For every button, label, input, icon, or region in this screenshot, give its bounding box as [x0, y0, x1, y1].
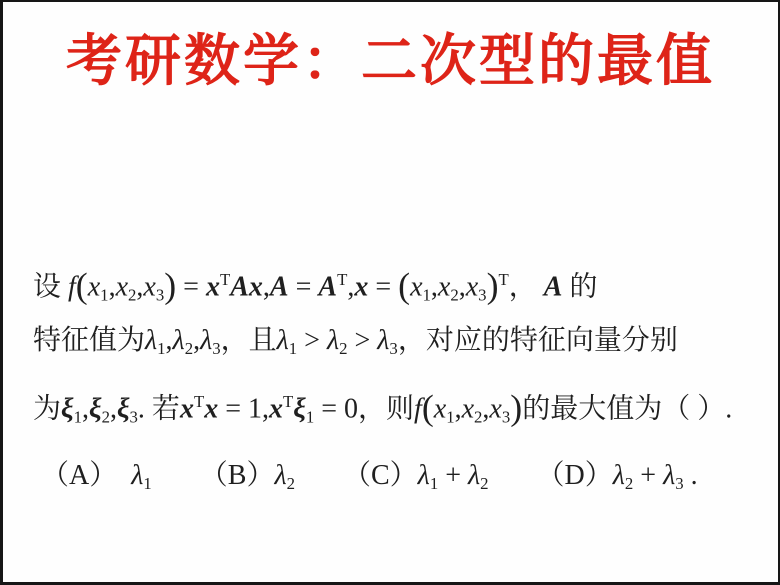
option-b: （B）λ2: [200, 448, 295, 512]
text-run: x: [143, 271, 155, 302]
text-run: λ: [418, 460, 430, 491]
text-run: 3: [212, 339, 220, 358]
text-run: T: [283, 392, 293, 411]
text-run: 设: [33, 271, 68, 302]
text-run: x: [269, 393, 283, 424]
text-run: 若: [152, 393, 180, 424]
text-run: ,: [459, 271, 466, 302]
text-run: x: [489, 393, 501, 424]
text-run: ，: [509, 271, 544, 302]
text-run: T: [194, 392, 204, 411]
text-run: = 0: [314, 393, 358, 424]
text-run: 1: [423, 285, 431, 304]
problem-line-3: 为ξ1,ξ2,ξ3. 若xTx = 1,xTξ1 = 0，则f(x1,x2,x3…: [33, 371, 758, 432]
text-run: x: [88, 271, 100, 302]
text-run: ): [487, 266, 499, 306]
text-run: T: [337, 270, 347, 289]
option-a: （A） λ1: [41, 448, 152, 512]
text-run: 1: [74, 407, 82, 426]
text-run: 2: [480, 474, 488, 493]
text-run: 2: [287, 474, 295, 493]
text-run: （C）: [343, 460, 418, 491]
text-run: (: [76, 266, 88, 306]
text-run: x: [410, 271, 422, 302]
text-run: .: [138, 393, 152, 424]
text-run: ): [164, 266, 176, 306]
text-run: (: [398, 266, 410, 306]
text-run: λ: [145, 325, 157, 356]
option-d: （D）λ2 + λ3 .: [537, 448, 698, 512]
text-run: A: [318, 271, 337, 302]
text-run: >: [297, 325, 327, 356]
text-run: 1: [306, 407, 314, 426]
problem-line-1: 设 f(x1,x2,x3) = xTAx,A = AT,x = (x1,x2,x…: [33, 249, 758, 310]
text-run: .: [684, 460, 698, 491]
option-c: （C）λ1 + λ2: [343, 448, 489, 512]
text-run: λ: [173, 325, 185, 356]
text-run: =: [289, 271, 319, 302]
text-run: （B）: [200, 460, 275, 491]
text-run: λ: [468, 460, 480, 491]
text-run: ,: [263, 271, 270, 302]
text-run: 3: [478, 285, 486, 304]
text-run: =: [176, 271, 206, 302]
text-run: T: [220, 270, 230, 289]
text-run: f: [414, 393, 422, 424]
text-run: 3: [502, 407, 510, 426]
text-run: ,: [431, 271, 438, 302]
text-run: 1: [289, 339, 297, 358]
text-run: A: [544, 271, 563, 302]
text-run: 2: [102, 407, 110, 426]
text-run: ξ: [61, 393, 74, 424]
text-run: ξ: [117, 393, 130, 424]
text-run: λ: [131, 460, 143, 491]
text-run: 3: [675, 474, 683, 493]
text-run: x: [466, 271, 478, 302]
text-run: 1: [430, 474, 438, 493]
text-run: 1: [157, 339, 165, 358]
text-run: ξ: [293, 393, 306, 424]
problem-line-2: 特征值为λ1,λ2,λ3，且λ1 > λ2 > λ3，对应的特征向量分别: [33, 310, 758, 371]
text-run: ,: [109, 271, 116, 302]
text-run: λ: [274, 460, 286, 491]
text-run: >: [347, 325, 377, 356]
text-run: 3: [389, 339, 397, 358]
text-run: +: [438, 460, 468, 491]
text-run: T: [499, 270, 509, 289]
text-run: 3: [156, 285, 164, 304]
text-run: ,: [82, 393, 89, 424]
text-run: =: [368, 271, 398, 302]
text-run: 2: [450, 285, 458, 304]
text-run: λ: [200, 325, 212, 356]
text-run: x: [462, 393, 474, 424]
page-title: 考研数学：二次型的最值: [3, 28, 778, 94]
text-run: ，则: [358, 393, 414, 424]
options-row: （A） λ1 （B）λ2 （C）λ1 + λ2 （D）λ2 + λ3 .: [33, 448, 758, 504]
slide: 考研数学：二次型的最值 设 f(x1,x2,x3) = xTAx,A = AT,…: [0, 0, 780, 585]
problem-statement: 设 f(x1,x2,x3) = xTAx,A = AT,x = (x1,x2,x…: [33, 249, 758, 504]
text-run: .: [725, 393, 732, 424]
text-run: λ: [277, 325, 289, 356]
text-run: ，且: [221, 325, 277, 356]
text-run: 2: [185, 339, 193, 358]
text-run: λ: [327, 325, 339, 356]
text-run: 的最大值为（ ）: [522, 393, 725, 424]
text-run: +: [633, 460, 663, 491]
text-run: 1: [446, 407, 454, 426]
text-run: x: [204, 393, 218, 424]
text-run: f: [68, 271, 76, 302]
text-run: x: [438, 271, 450, 302]
text-run: 3: [130, 407, 138, 426]
text-run: 1: [100, 285, 108, 304]
text-run: x: [354, 271, 368, 302]
text-run: x: [116, 271, 128, 302]
text-run: ,: [455, 393, 462, 424]
text-run: 为: [33, 393, 61, 424]
text-run: ): [510, 388, 522, 428]
text-run: ，对应的特征向量分别: [398, 325, 678, 356]
text-run: ,: [166, 325, 173, 356]
text-run: λ: [377, 325, 389, 356]
text-run: A: [270, 271, 289, 302]
text-run: 特征值为: [33, 325, 145, 356]
text-run: x: [434, 393, 446, 424]
text-run: (: [422, 388, 434, 428]
text-run: ,: [110, 393, 117, 424]
text-run: λ: [613, 460, 625, 491]
text-run: （A）: [41, 460, 131, 491]
text-run: ξ: [89, 393, 102, 424]
text-run: Ax: [230, 271, 263, 302]
text-run: x: [180, 393, 194, 424]
text-run: x: [206, 271, 220, 302]
text-run: 的: [562, 271, 597, 302]
text-run: 1: [143, 474, 151, 493]
text-run: λ: [663, 460, 675, 491]
text-run: （D）: [537, 460, 613, 491]
text-run: = 1,: [218, 393, 269, 424]
